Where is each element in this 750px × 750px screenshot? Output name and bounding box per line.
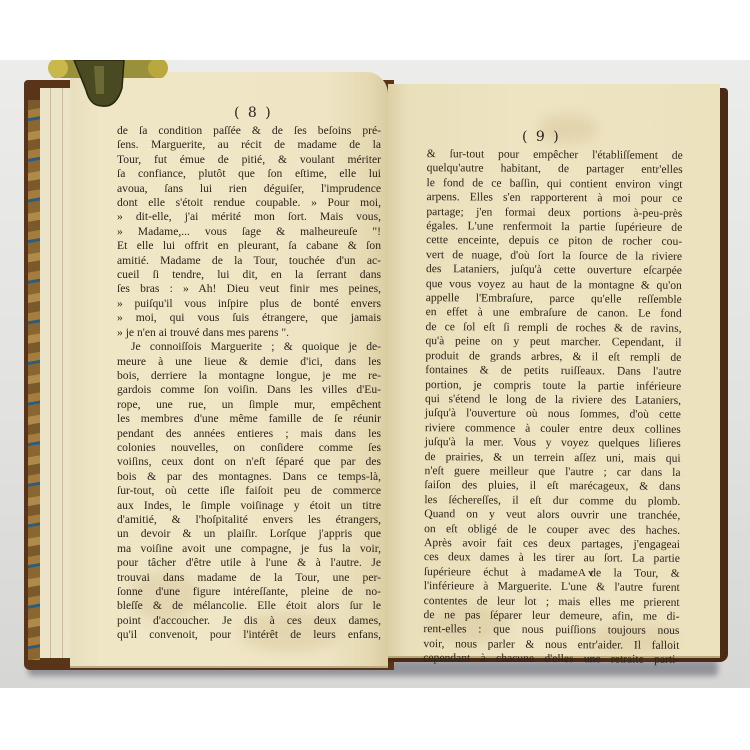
text-line: trouvai dans madame de la Tour, une per- — [117, 571, 381, 585]
text-line: colonies nouvelles, on conſidere comme ſ… — [117, 441, 381, 455]
text-line: cependant à chacune d'elles une retraite… — [423, 651, 679, 667]
text-line: dont elle s'étoit rendue coupable. » Pou… — [117, 196, 381, 210]
text-line: voiſins, ceux dont on n'eſt ſéparé que p… — [117, 455, 381, 469]
text-line: un devoir & un plaiſir. Lorſque j'appris… — [117, 527, 381, 541]
text-line: cette enceinte, depuis ce piton de roche… — [426, 234, 682, 250]
text-line: Je connoiſſois Marguerite ; & quoique je… — [117, 340, 381, 354]
text-line: arpens. Elles s'en rapporterent à moi po… — [426, 190, 682, 206]
text-line: rope, une rue, un ſimple mur, empêchent — [117, 398, 381, 412]
text-line: Et elle lui offrit en pleurant, ſa caban… — [117, 239, 381, 253]
text-line: ſa confiance, plutôt que ſon eſtime, ell… — [117, 167, 381, 181]
marbled-edge — [28, 100, 40, 660]
text-line: qu'à peine on y peut marcher. Cependant,… — [425, 334, 681, 350]
text-line: Quand on y veut alors ouvrir une tranché… — [424, 507, 680, 523]
text-line: ces deux dames à les tirer au ſort. La p… — [424, 550, 680, 566]
text-line: » Madame,... vous ſage & malheureuſe "! — [117, 225, 381, 239]
text-line: gardois comme ſon voiſin. Dans les ville… — [117, 383, 381, 397]
page-number-left: ( 8 ) — [234, 105, 273, 121]
text-line: pendant des années entieres ; mais dans … — [117, 427, 381, 441]
signature-mark: A v — [578, 567, 594, 579]
text-line: quelqu'autre habitant, de partager entr'… — [427, 162, 683, 178]
text-line: de ſa condition paſſée & de ſes beſoins … — [117, 124, 381, 138]
text-line: d'amitié, & l'hoſpitalité envers les étr… — [117, 513, 381, 527]
text-line: les membres d'une même famille de ſe réu… — [117, 412, 381, 426]
text-line: » puiſqu'il vous inſpire plus de bonté e… — [117, 297, 381, 311]
text-line: Tour, fut émue de pitié, & voulant mérit… — [117, 153, 381, 167]
text-line: bleſſe & de mélancolie. Elle étoit alors… — [117, 599, 381, 613]
text-line: ſur-tout, où cette iſle faiſoit peu de c… — [117, 484, 381, 498]
text-line: » dit-elle, j'ai mérité mon ſort. Mais v… — [117, 210, 381, 224]
text-line: pour tâcher d'être utile à l'une & à l'a… — [117, 556, 381, 570]
text-line: ſens. Marguerite, au récit de madame de … — [117, 138, 381, 152]
text-line: avoua, ſans lui rien déguiſer, l'imprude… — [117, 182, 381, 196]
text-line: bois & par des montagnes. Dans ce temps-… — [117, 470, 381, 484]
text-line: fontaines & de petits ruiſſeaux. Dans l'… — [425, 363, 681, 379]
left-page-text: de ſa condition paſſée & de ſes beſoins … — [117, 124, 381, 643]
page-number-right: ( 9 ) — [522, 129, 561, 145]
text-line: ſaiſon des pluies, il eſt marécageux, & … — [424, 478, 680, 494]
text-line: des Lataniers, juſqu'à cette ouverture e… — [426, 262, 682, 278]
text-line: juſqu'à la mer. Vous y voyez quelques li… — [425, 435, 681, 451]
text-line: en effet à une embraſure de canon. Le fo… — [426, 306, 682, 322]
text-line: ſes bras : » Ah! Dieu veut finir mes pei… — [117, 282, 381, 296]
text-line: rent-elles : que nous puiſſions toujours… — [423, 623, 679, 639]
text-line: ma voiſine avoit une compagne, je fus la… — [117, 542, 381, 556]
text-line: amitié. Madame de la Tour, touchée d'un … — [117, 254, 381, 268]
text-line: ſonne d'une figure intéreſſante, pleine … — [117, 585, 381, 599]
brass-clasp-icon — [46, 60, 170, 110]
text-line: juſqu'à l'ouverture où nous ſommes, d'où… — [425, 406, 681, 422]
text-line: point d'accoucher. Je dis à ces deux dam… — [117, 614, 381, 628]
text-line: aux Indes, le ſimple voiſinage y étoit u… — [117, 499, 381, 513]
photograph: ( 8 ) de ſa condition paſſée & de ſes be… — [0, 60, 750, 688]
text-line: » moi, qui vous ſuis étrangere, que jama… — [117, 311, 381, 325]
text-line: cueil ſi tendre, lui dit, en la ſerrant … — [117, 268, 381, 282]
text-line: bois, derriere la montagne longue, je me… — [117, 369, 381, 383]
text-line: l'inférieure à Marguerite. L'une & l'aut… — [424, 579, 680, 595]
text-line: qu'il convenoit, pour l'intérêt de leurs… — [117, 628, 381, 642]
right-page-text: & ſur-tout pour empêcher l'établiſſement… — [423, 147, 683, 667]
text-line: meure à une lieue & demie d'ici, dans le… — [117, 355, 381, 369]
text-line: » je n'en ai trouvé dans mes parens ". — [117, 326, 381, 340]
